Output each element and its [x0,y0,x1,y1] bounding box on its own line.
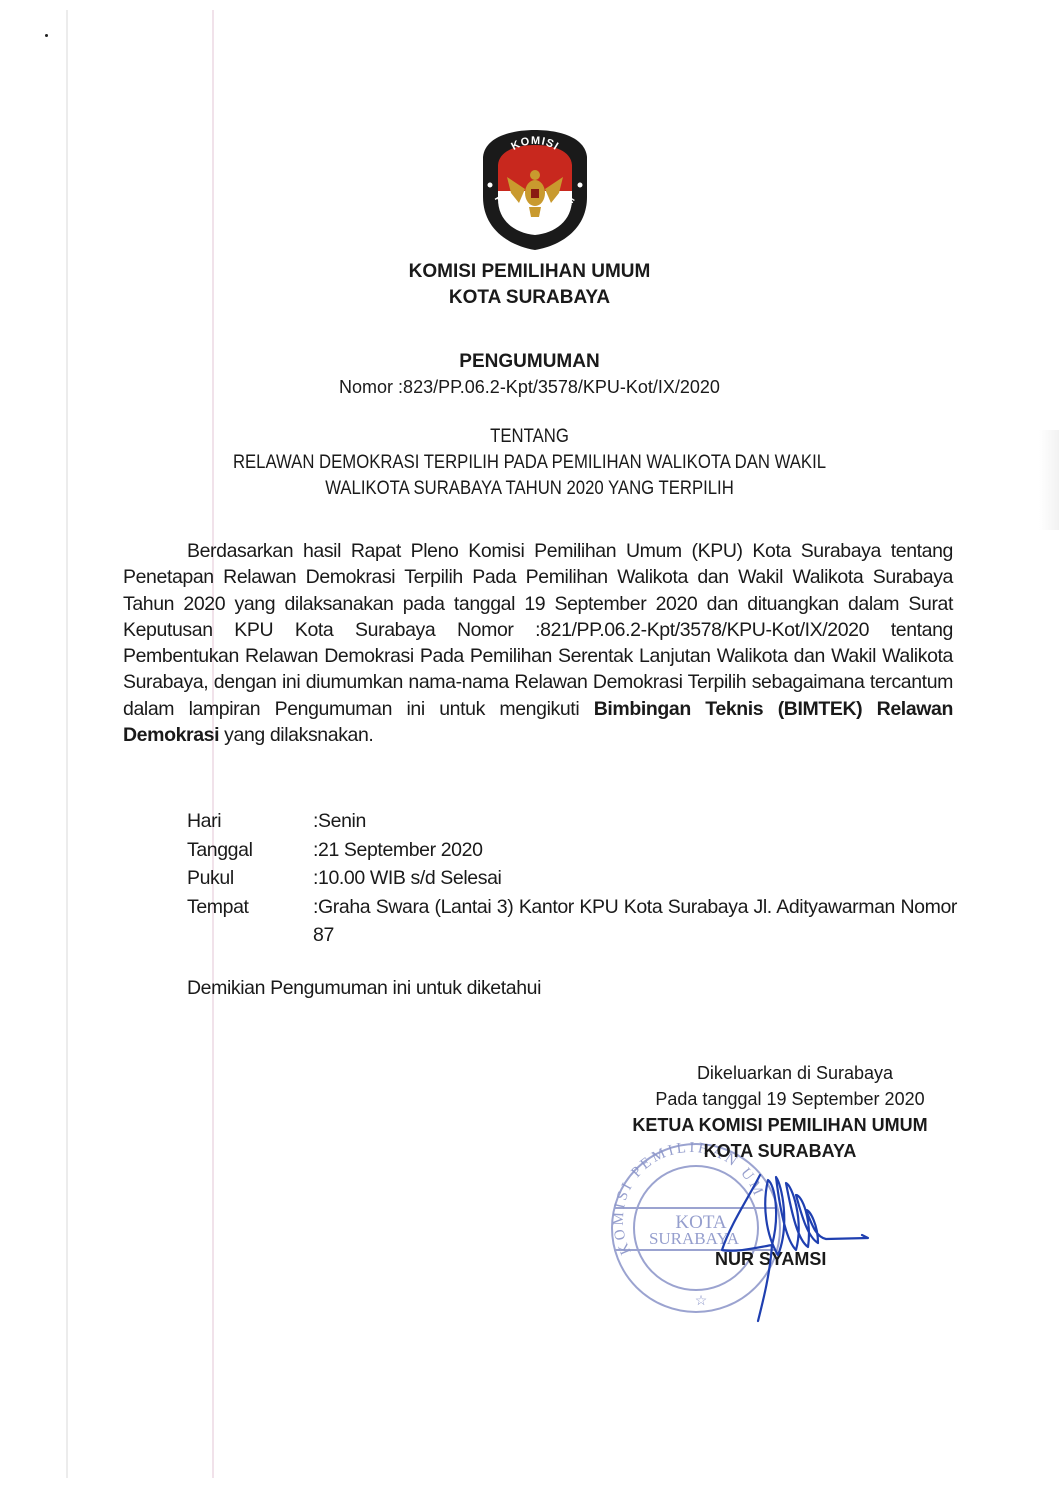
organization-city: KOTA SURABAYA [0,287,1059,309]
detail-row-date: Tanggal :21 September 2020 [187,836,957,865]
organization-name: KOMISI PEMILIHAN UMUM [0,261,1059,283]
detail-value: :10.00 WIB s/d Selesai [313,864,957,893]
event-details: Hari :Senin Tanggal :21 September 2020 P… [187,807,957,950]
detail-value: :Graha Swara (Lantai 3) Kantor KPU Kota … [313,893,957,950]
issued-place: Dikeluarkan di Surabaya [590,1060,970,1086]
document-type: PENGUMUMAN [0,351,1059,373]
kpu-logo-icon: KOMISI PEMILIHAN UMUM [479,127,591,253]
subject-line-2: WALIKOTA SURABAYA TAHUN 2020 YANG TERPIL… [64,478,996,500]
scan-dot [45,34,48,37]
closing-statement: Demikian Pengumuman ini untuk diketahui [187,977,541,1000]
handwritten-signature-icon [700,1155,870,1325]
detail-label: Tanggal [187,836,313,865]
subject-line-1: RELAWAN DEMOKRASI TERPILIH PADA PEMILIHA… [64,452,996,474]
detail-value: :Senin [313,807,957,836]
body-text: Berdasarkan hasil Rapat Pleno Komisi Pem… [123,540,953,720]
scan-shadow [1039,430,1059,530]
detail-row-time: Pukul :10.00 WIB s/d Selesai [187,864,957,893]
about-label: TENTANG [64,426,996,448]
signature-block: Dikeluarkan di Surabaya Pada tanggal 19 … [590,1060,970,1164]
document-number: Nomor :823/PP.06.2-Kpt/3578/KPU-Kot/IX/2… [0,377,1059,398]
detail-label: Tempat [187,893,313,950]
detail-label: Pukul [187,864,313,893]
body-paragraph: Berdasarkan hasil Rapat Pleno Komisi Pem… [123,538,953,748]
detail-label: Hari [187,807,313,836]
issued-date: Pada tanggal 19 September 2020 [590,1086,970,1112]
signer-title: KETUA KOMISI PEMILIHAN UMUM [590,1112,970,1138]
scan-artifact-line [66,10,68,1478]
detail-row-day: Hari :Senin [187,807,957,836]
detail-value: :21 September 2020 [313,836,957,865]
detail-row-place: Tempat :Graha Swara (Lantai 3) Kantor KP… [187,893,957,950]
body-text-end: yang dilaksnakan. [219,724,373,746]
